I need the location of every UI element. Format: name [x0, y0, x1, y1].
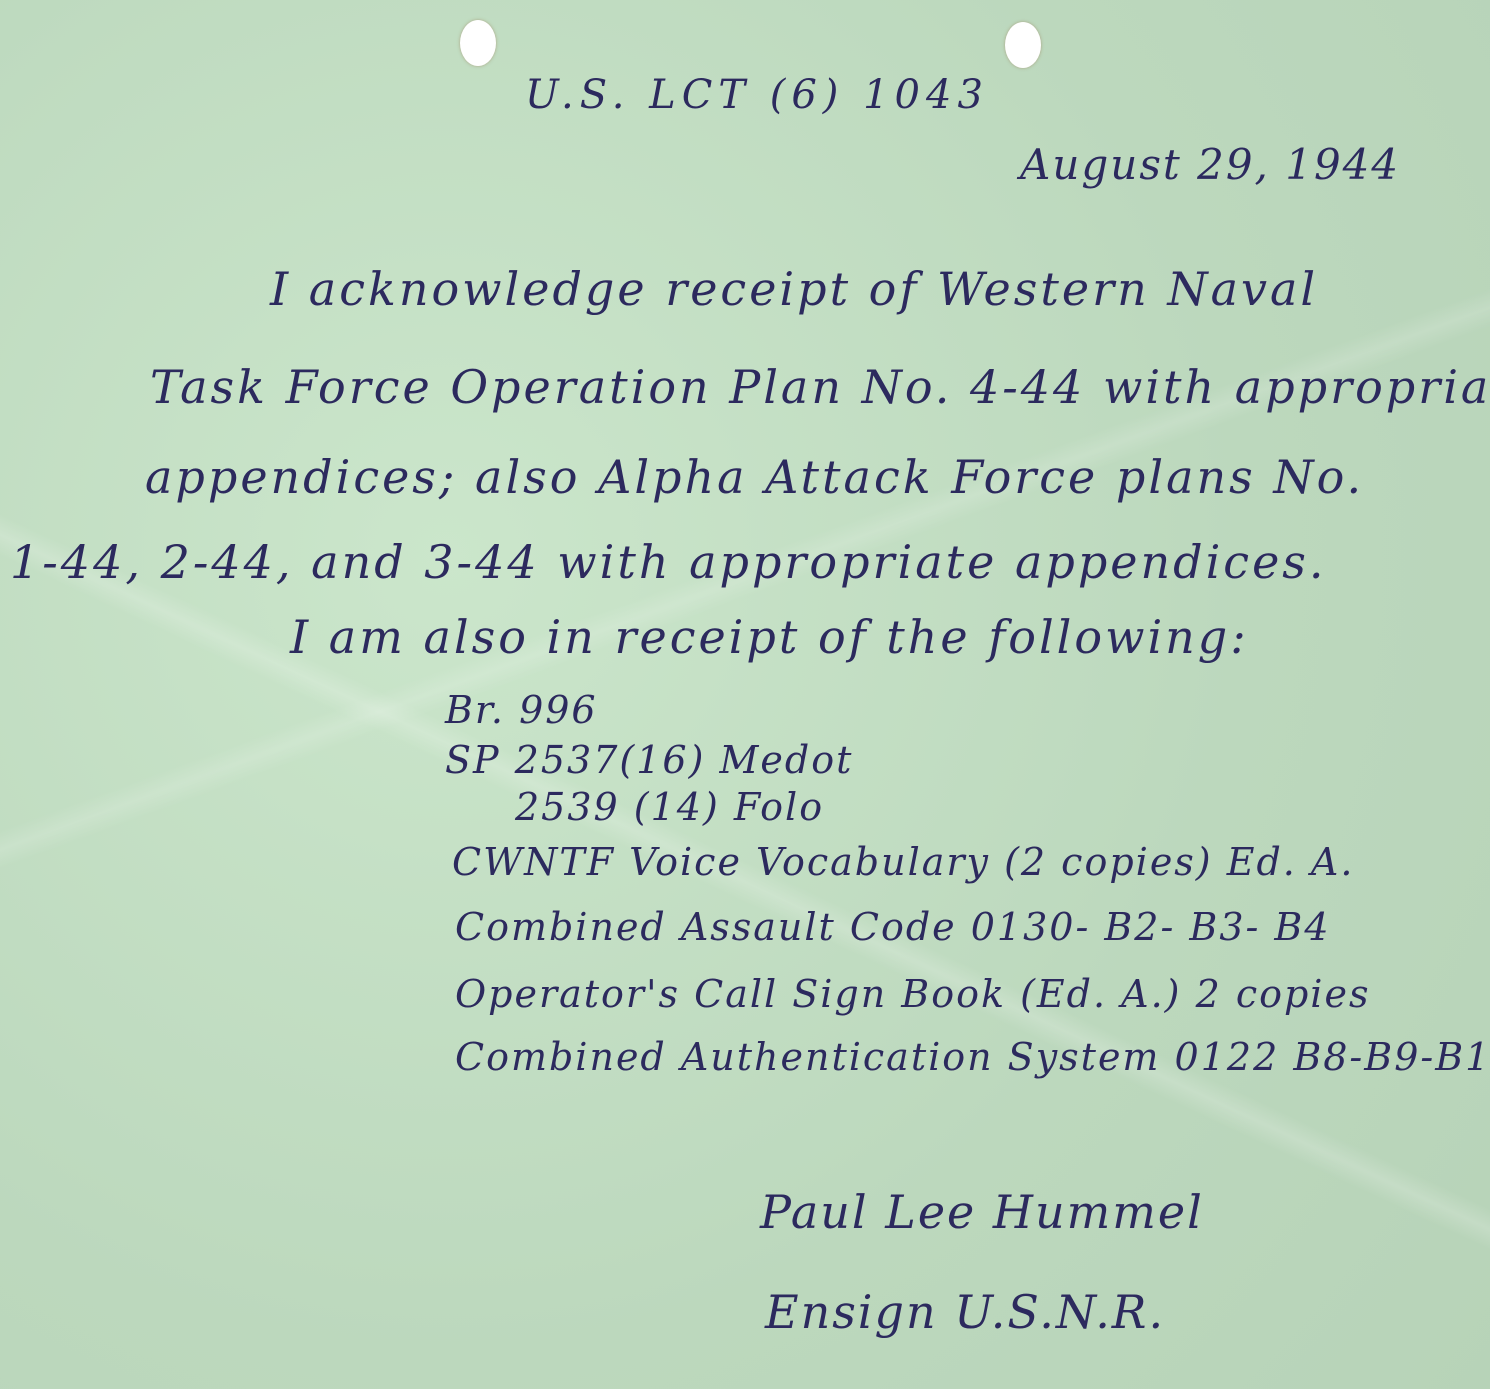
- body-line-5: I am also in receipt of the following:: [290, 610, 1249, 664]
- item-call-sign-book: Operator's Call Sign Book (Ed. A.) 2 cop…: [455, 972, 1370, 1016]
- item-sp-2537: SP 2537(16) Medot: [445, 738, 853, 782]
- punch-hole-right: [1005, 22, 1041, 68]
- signature-name: Paul Lee Hummel: [760, 1185, 1204, 1239]
- letter-date: August 29, 1944: [1020, 140, 1400, 189]
- body-line-2: Task Force Operation Plan No. 4-44 with …: [150, 360, 1490, 414]
- punch-hole-left: [460, 20, 496, 66]
- signature-title: Ensign U.S.N.R.: [765, 1285, 1165, 1339]
- ship-header: U.S. LCT (6) 1043: [525, 72, 989, 118]
- item-combined-assault-code: Combined Assault Code 0130- B2- B3- B4: [455, 905, 1331, 949]
- handwritten-letter: U.S. LCT (6) 1043 August 29, 1944 I ackn…: [0, 0, 1490, 1389]
- item-br-996: Br. 996: [445, 688, 598, 732]
- body-line-4: 1-44, 2-44, and 3-44 with appropriate ap…: [10, 535, 1327, 589]
- item-combined-authentication: Combined Authentication System 0122 B8-B…: [455, 1035, 1490, 1079]
- body-line-3: appendices; also Alpha Attack Force plan…: [145, 450, 1364, 504]
- item-cwntf-voice-vocabulary: CWNTF Voice Vocabulary (2 copies) Ed. A.: [452, 840, 1354, 884]
- body-line-1: I acknowledge receipt of Western Naval: [270, 262, 1318, 316]
- item-2539: 2539 (14) Folo: [515, 785, 824, 829]
